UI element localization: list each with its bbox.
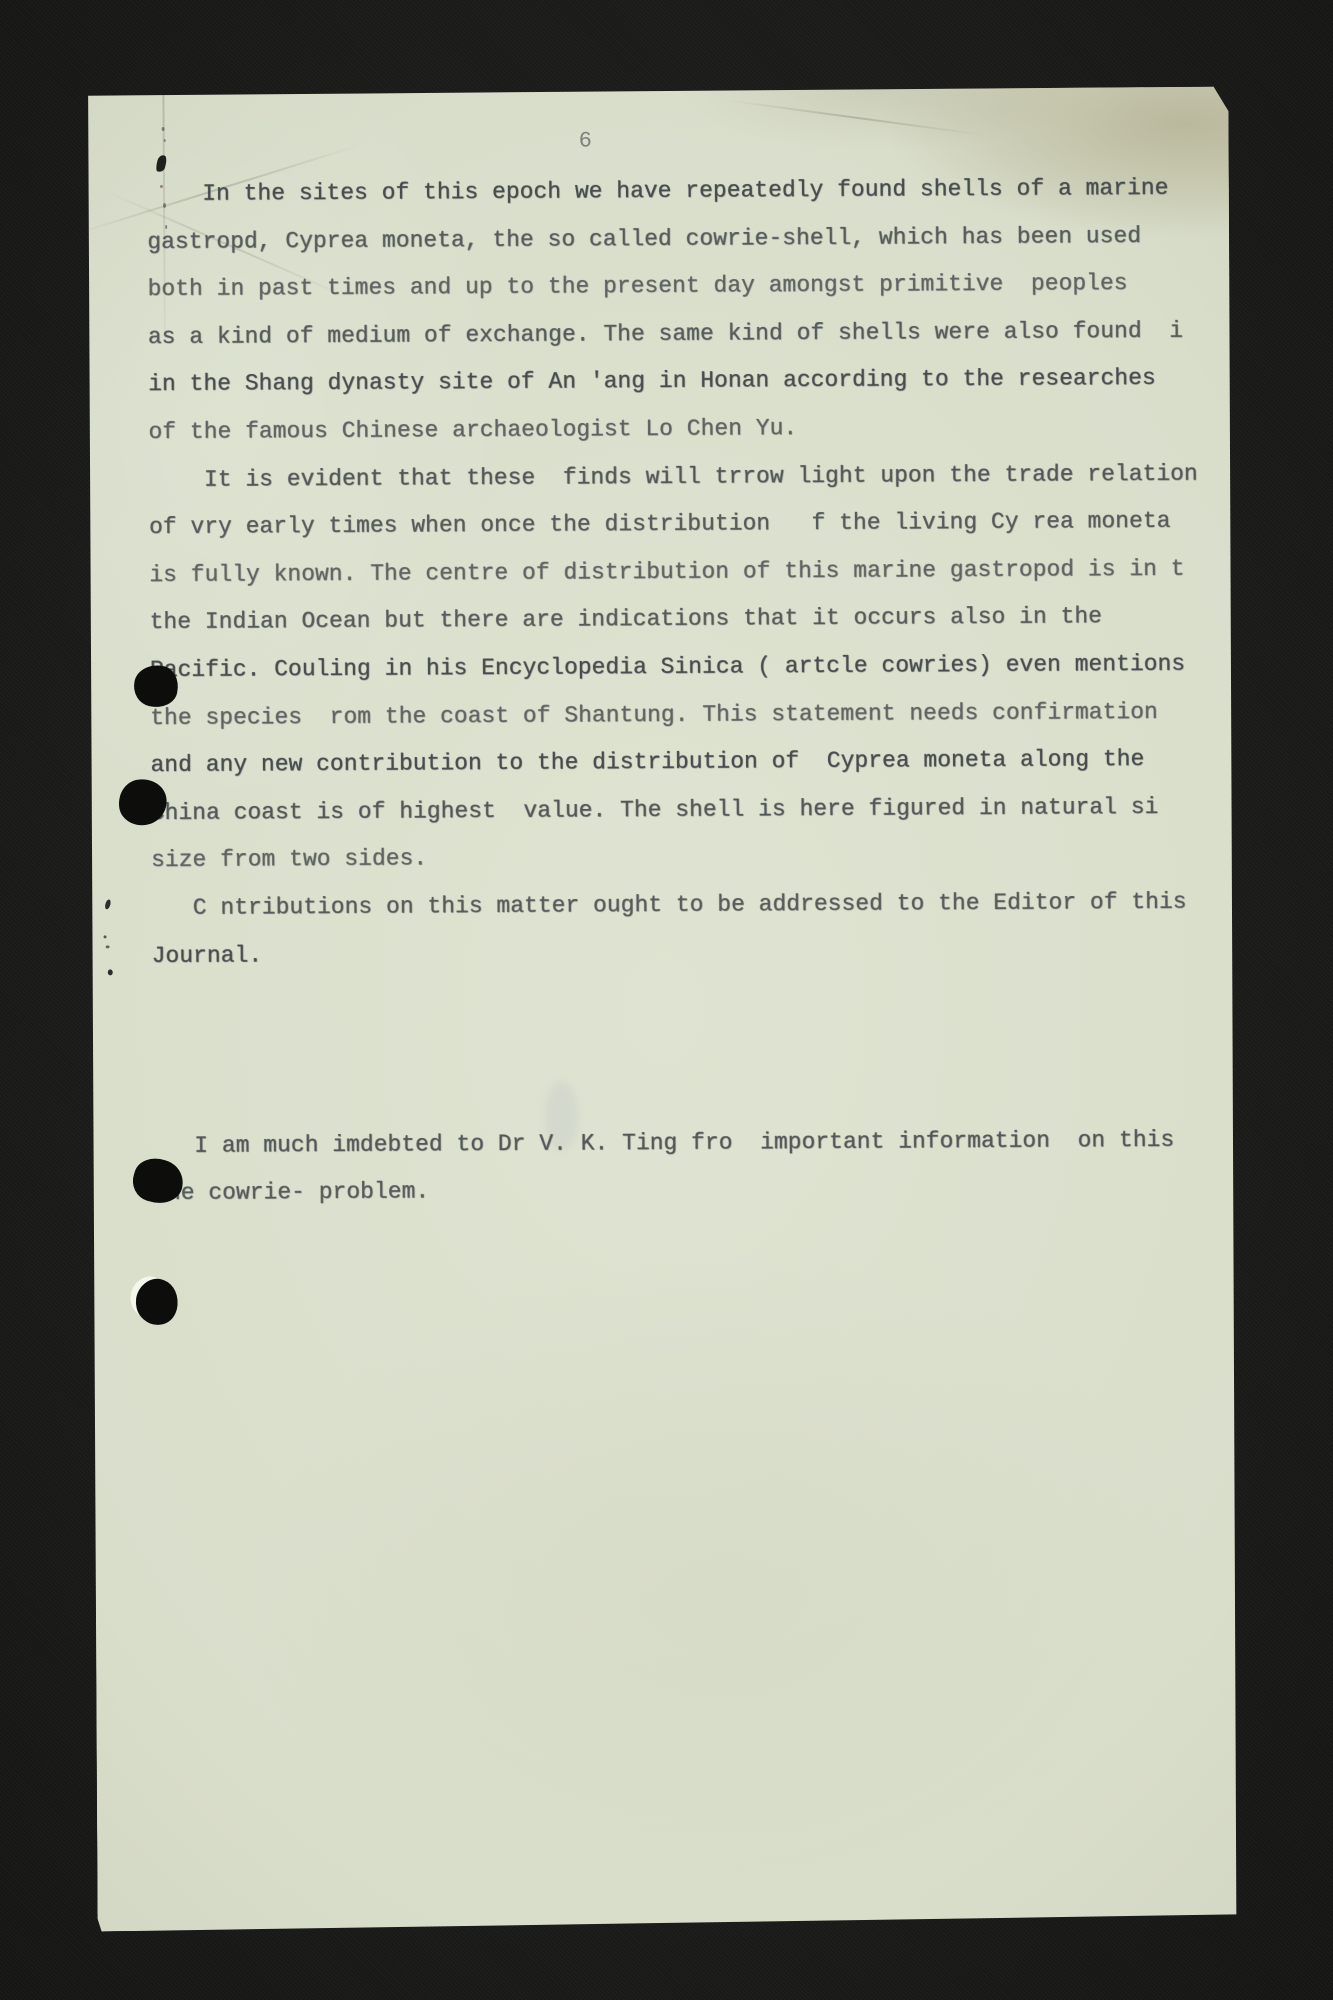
- typed-line: of vry early times when once the distrib…: [149, 498, 1219, 552]
- typed-line: size from two sides.: [151, 831, 1221, 885]
- typed-line: C ntributions on this matter ought to be…: [151, 878, 1221, 932]
- typed-line: of the famous Chinese archaeologist Lo C…: [148, 403, 1218, 457]
- scan-background: 6 In the sites of this epoch we have rep…: [0, 0, 1333, 2000]
- document-page: 6 In the sites of this epoch we have rep…: [86, 87, 1239, 1932]
- ink-dot: [164, 139, 166, 142]
- page-number: 6: [579, 128, 593, 153]
- typed-line: in the Shang dynasty site of An 'ang in …: [148, 355, 1218, 409]
- typed-line: both in past times and up to the present…: [147, 260, 1217, 314]
- ink-dot: [165, 225, 167, 229]
- typed-line: as a kind of medium of exchange. The sam…: [148, 307, 1218, 361]
- ink-dot: [160, 185, 163, 188]
- typed-line: the cowrie- problem.: [153, 1164, 1223, 1218]
- typed-line: [152, 974, 1222, 1028]
- typed-text: In the sites of this epoch we have repea…: [147, 165, 1223, 1219]
- typed-line: [152, 1021, 1222, 1075]
- ink-dot: [106, 945, 110, 948]
- ink-mark: [105, 899, 112, 910]
- ink-dot: [108, 969, 113, 975]
- typed-line: gastropd, Cyprea moneta, the so called c…: [147, 212, 1217, 266]
- typed-line: Journal.: [152, 926, 1222, 980]
- typed-line: [152, 1069, 1222, 1123]
- crease-mark: [728, 100, 986, 137]
- typed-line: It is evident that these finds will trro…: [149, 450, 1219, 504]
- ink-dot: [104, 935, 107, 938]
- typed-line: and any new contribution to the distribu…: [150, 736, 1220, 790]
- typed-line: Pacific. Couling in his Encyclopedia Sin…: [150, 641, 1220, 695]
- typed-line: I am much imdebted to Dr V. K. Ting fro …: [153, 1116, 1223, 1170]
- typed-line: the species rom the coast of Shantung. T…: [150, 688, 1220, 742]
- typed-line: China coast is of highest value. The she…: [151, 783, 1221, 837]
- typed-line: In the sites of this epoch we have repea…: [147, 165, 1217, 219]
- ink-dot: [162, 127, 165, 131]
- ink-dot: [163, 203, 166, 208]
- typed-line: the Indian Ocean but there are indicatio…: [149, 593, 1219, 647]
- punch-hole: [131, 1275, 183, 1330]
- typed-line: is fully known. The centre of distributi…: [149, 545, 1219, 599]
